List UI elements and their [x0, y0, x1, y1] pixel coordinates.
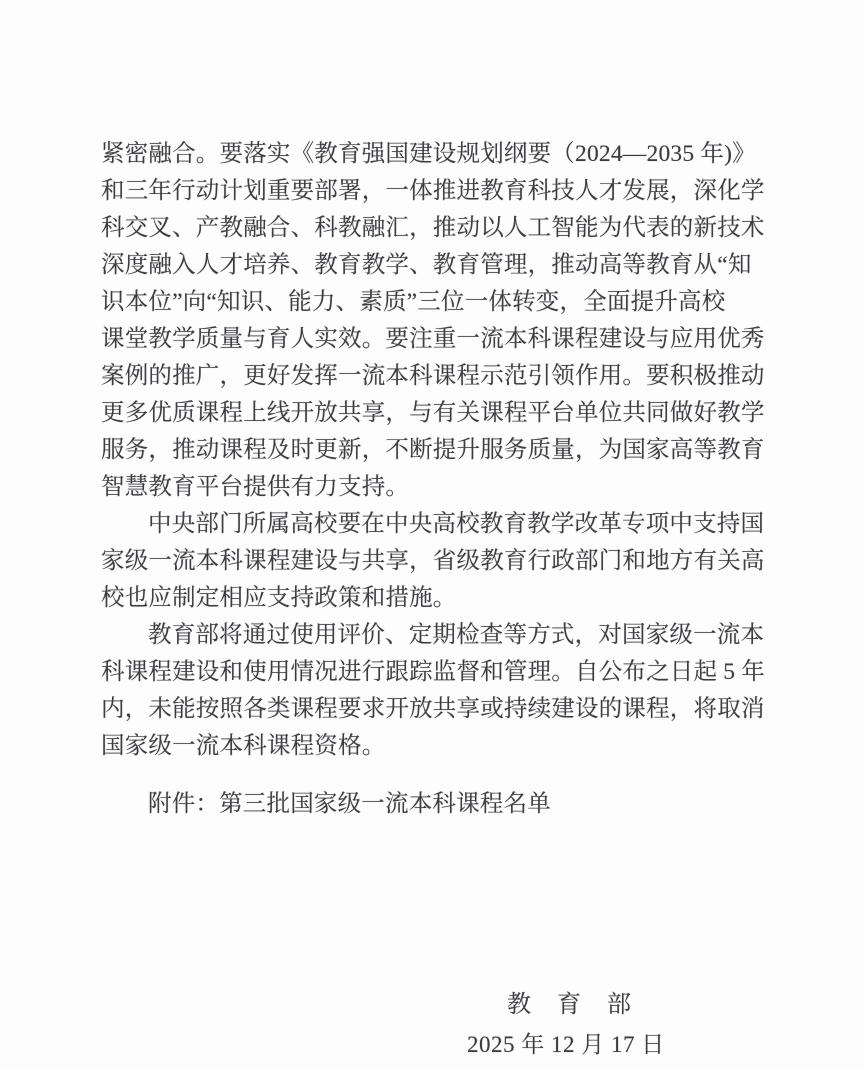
body-line: 校也应制定相应支持政策和措施。	[101, 580, 765, 617]
body-line: 科交叉、产教融合、科教融汇，推动以人工智能为代表的新技术	[101, 210, 765, 247]
body-line: 中央部门所属高校要在中央高校教育教学改革专项中支持国	[101, 506, 765, 543]
body-line: 识本位”向“知识、能力、素质”三位一体转变，全面提升高校	[101, 284, 765, 321]
body-line: 和三年行动计划重要部署，一体推进教育科技人才发展，深化学	[101, 173, 765, 210]
body-line: 更多优质课程上线开放共享，与有关课程平台单位共同做好教学	[101, 395, 765, 432]
body-line: 紧密融合。要落实《教育强国建设规划纲要（2024—2035 年)》	[101, 136, 765, 173]
signer-name: 教 育 部	[507, 984, 632, 1019]
body-line: 国家级一流本科课程资格。	[101, 728, 765, 765]
document-body: 紧密融合。要落实《教育强国建设规划纲要（2024—2035 年)》 和三年行动计…	[101, 136, 765, 823]
body-line: 教育部将通过使用评价、定期检查等方式，对国家级一流本	[101, 617, 765, 654]
body-line: 深度融入人才培养、教育教学、教育管理，推动高等教育从“知	[101, 247, 765, 284]
body-line: 智慧教育平台提供有力支持。	[101, 469, 765, 506]
body-line: 家级一流本科课程建设与共享，省级教育行政部门和地方有关高	[101, 543, 765, 580]
body-line: 案例的推广，更好发挥一流本科课程示范引领作用。要积极推动	[101, 358, 765, 395]
body-line: 服务，推动课程及时更新，不断提升服务质量，为国家高等教育	[101, 432, 765, 469]
document-page: 紧密融合。要落实《教育强国建设规划纲要（2024—2035 年)》 和三年行动计…	[0, 0, 864, 1069]
sign-date: 2025 年 12 月 17 日	[467, 1026, 665, 1059]
body-line: 内，未能按照各类课程要求开放共享或持续建设的课程，将取消	[101, 691, 765, 728]
attachment-line: 附件：第三批国家级一流本科课程名单	[101, 786, 765, 823]
body-line: 科课程建设和使用情况进行跟踪监督和管理。自公布之日起 5 年	[101, 654, 765, 691]
body-line: 课堂教学质量与育人实效。要注重一流本科课程建设与应用优秀	[101, 321, 765, 358]
